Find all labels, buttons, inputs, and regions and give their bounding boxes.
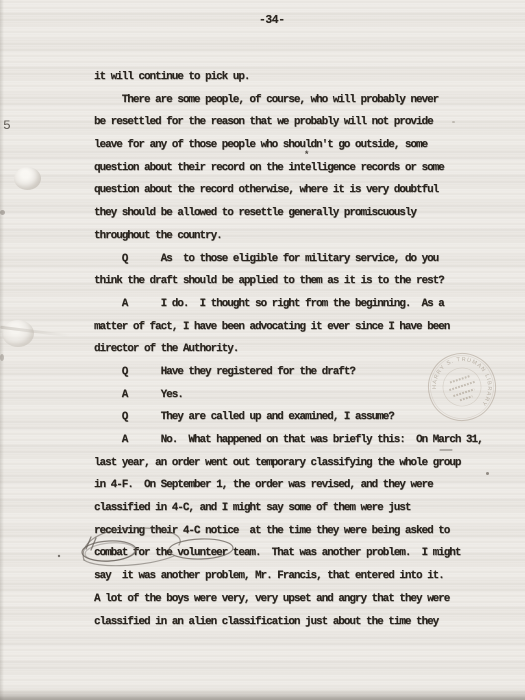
scan-edge-bottom: [0, 689, 525, 700]
transcript-line: be resettled for the reason that we prob…: [94, 111, 514, 134]
transcript-line: combat for the volunteer team. That was …: [94, 542, 514, 565]
transcript-line: A I do. I thought so right from the begi…: [94, 293, 514, 316]
transcript-body: it will continue to pick up. There are s…: [94, 66, 514, 633]
transcript-line: classified in 4-C, and I might say some …: [94, 497, 514, 520]
transcript-line: director of the Authority.: [94, 338, 514, 361]
transcript-line: last year, an order went out temporary c…: [94, 452, 514, 475]
paper-dimple: [14, 167, 41, 190]
transcript-line: throughout the country.: [94, 225, 514, 248]
transcript-line: leave for any of those people who should…: [94, 134, 514, 157]
pencil-dot: [58, 555, 60, 557]
transcript-line: classified in an alien classification ju…: [94, 611, 514, 634]
transcript-line: Q Have they registered for the draft?: [94, 361, 514, 384]
transcript-line: say it was another problem, Mr. Francis,…: [94, 565, 514, 588]
page-number: -34-: [259, 13, 285, 29]
transcript-line: A No. What happened on that was briefly …: [94, 429, 514, 452]
margin-number: 5: [3, 119, 11, 133]
transcript-line: they should be allowed to resettle gener…: [94, 202, 514, 225]
transcript-line: Q They are called up and examined, I ass…: [94, 406, 514, 429]
paper-dimple: [2, 320, 34, 347]
scan-edge-left: [0, 0, 4, 700]
transcript-line: A Yes.: [94, 384, 514, 407]
transcript-line: A lot of the boys were very, very upset …: [94, 588, 514, 611]
transcript-line: question about the record otherwise, whe…: [94, 179, 514, 202]
transcript-line: There are some people, of course, who wi…: [94, 89, 514, 112]
transcript-line: in 4-F. On September 1, the order was re…: [94, 474, 514, 497]
transcript-line: it will continue to pick up.: [94, 66, 514, 89]
transcript-line: question about their record on the intel…: [94, 157, 514, 180]
transcript-line: Q As to those eligible for military serv…: [94, 248, 514, 271]
transcript-line: think the draft should be applied to the…: [94, 270, 514, 293]
transcript-line: matter of fact, I have been advocating i…: [94, 316, 514, 339]
scanned-page: -34- 5 * it will continue to pick up. Th…: [0, 0, 525, 700]
transcript-line: receiving their 4-C notice at the time t…: [94, 520, 514, 543]
